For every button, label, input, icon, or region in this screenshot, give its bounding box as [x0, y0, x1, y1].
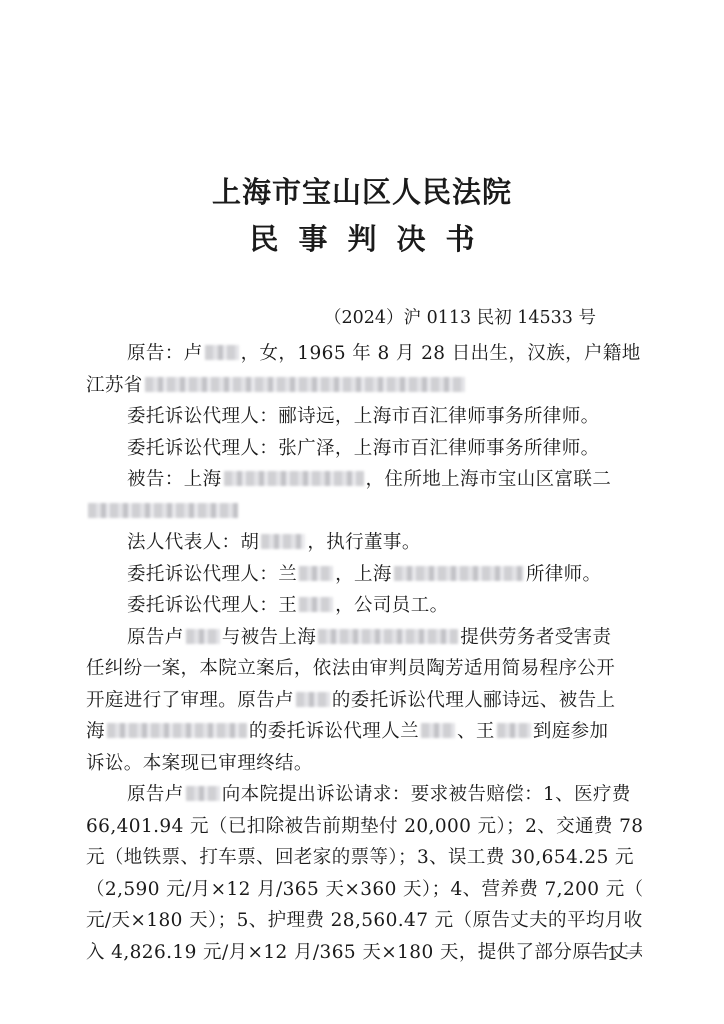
- text: 到庭参加: [533, 721, 609, 742]
- plaintiff-info: ，女，1965 年 8 月 28 日出生，汉族，户籍地: [241, 343, 641, 364]
- court-name-title: 上海市宝山区人民法院: [0, 170, 724, 211]
- redacted-name: [261, 534, 305, 549]
- defendant-address: ，住所地上海市宝山区富联二: [366, 469, 612, 490]
- case-intro-line-5: 诉讼。本案现已审理终结。: [86, 748, 642, 780]
- redacted-name: [186, 629, 220, 644]
- text: 的委托诉讼代理人兰: [249, 721, 419, 742]
- claims-line-3: 元（地铁票、打车票、回老家的票等）；3、误工费 30,654.25 元: [86, 842, 642, 874]
- agent-label: 委托诉讼代理人：兰: [127, 564, 297, 585]
- text: 与被告上海: [222, 627, 317, 648]
- defendant-label: 被告：上海: [127, 469, 222, 490]
- redacted-name: [497, 723, 531, 738]
- claims-line-6: 入 4,826.19 元/月×12 月/365 天×180 天，提供了部分原告丈…: [86, 937, 642, 969]
- text: 海: [86, 721, 105, 742]
- redacted-company: [318, 629, 458, 644]
- case-intro-line-3: 开庭进行了审理。原告卢的委托诉讼代理人郦诗远、被告上: [86, 685, 642, 717]
- document-type-title: 民事判决书: [0, 217, 724, 258]
- plaintiff-label: 原告：卢: [127, 343, 203, 364]
- plaintiff-agent-2: 委托诉讼代理人：张广泽，上海市百汇律师事务所律师。: [86, 433, 642, 465]
- redacted-name: [299, 597, 333, 612]
- agent-label: 委托诉讼代理人：王: [127, 595, 297, 616]
- redacted-name: [421, 723, 455, 738]
- claims-line-4: （2,590 元/月×12 月/365 天×360 天）；4、营养费 7,200…: [86, 874, 642, 906]
- redacted-company: [107, 723, 247, 738]
- claims-line-2: 66,401.94 元（已扣除被告前期垫付 20,000 元）；2、交通费 78…: [86, 811, 642, 843]
- text: 原告卢: [127, 627, 184, 648]
- plaintiff-address: 江苏省: [86, 375, 143, 396]
- case-intro-line-4: 海的委托诉讼代理人兰、王到庭参加: [86, 716, 642, 748]
- text: 提供劳务者受害责: [460, 627, 611, 648]
- text: 向本院提出诉讼请求：要求被告赔偿：1、医疗费: [222, 784, 631, 805]
- redacted-name: [186, 786, 220, 801]
- legal-rep-title: ，执行董事。: [307, 532, 420, 553]
- plaintiff-line: 原告：卢，女，1965 年 8 月 28 日出生，汉族，户籍地: [86, 338, 642, 370]
- defendant-line: 被告：上海，住所地上海市宝山区富联二: [86, 464, 642, 496]
- agent-firm: ，上海: [335, 564, 392, 585]
- redacted-name: [296, 692, 330, 707]
- redacted-company: [224, 471, 364, 486]
- agent-role: ，公司员工。: [335, 595, 448, 616]
- case-intro-line-1: 原告卢与被告上海提供劳务者受害责: [86, 622, 642, 654]
- text: 的委托诉讼代理人郦诗远、被告上: [332, 690, 616, 711]
- text: 开庭进行了审理。原告卢: [86, 690, 294, 711]
- claims-line-1: 原告卢向本院提出诉讼请求：要求被告赔偿：1、医疗费: [86, 779, 642, 811]
- agent-role: 所律师。: [526, 564, 602, 585]
- defendant-address-cont: [86, 496, 642, 528]
- plaintiff-address-line: 江苏省: [86, 370, 642, 402]
- defendant-agent-1: 委托诉讼代理人：兰，上海所律师。: [86, 559, 642, 591]
- redacted-address: [145, 377, 465, 392]
- defendant-agent-2: 委托诉讼代理人：王，公司员工。: [86, 590, 642, 622]
- legal-rep-label: 法人代表人：胡: [127, 532, 259, 553]
- redacted-address: [88, 503, 238, 518]
- text: 原告卢: [127, 784, 184, 805]
- text: 、王: [457, 721, 495, 742]
- case-intro-line-2: 任纠纷一案，本院立案后，依法由审判员陶芳适用简易程序公开: [86, 653, 642, 685]
- redacted-firm: [394, 566, 524, 581]
- plaintiff-agent-1: 委托诉讼代理人：郦诗远，上海市百汇律师事务所律师。: [86, 401, 642, 433]
- parties-section: 原告：卢，女，1965 年 8 月 28 日出生，汉族，户籍地 江苏省 委托诉讼…: [86, 338, 642, 968]
- redacted-name: [299, 566, 333, 581]
- case-number: （2024）沪 0113 民初 14533 号: [324, 304, 596, 329]
- redacted-name: [205, 345, 239, 360]
- legal-representative: 法人代表人：胡，执行董事。: [86, 527, 642, 559]
- claims-line-5: 元/天×180 天）；5、护理费 28,560.47 元（原告丈夫的平均月收: [86, 905, 642, 937]
- page-number: － 1 －: [583, 940, 642, 966]
